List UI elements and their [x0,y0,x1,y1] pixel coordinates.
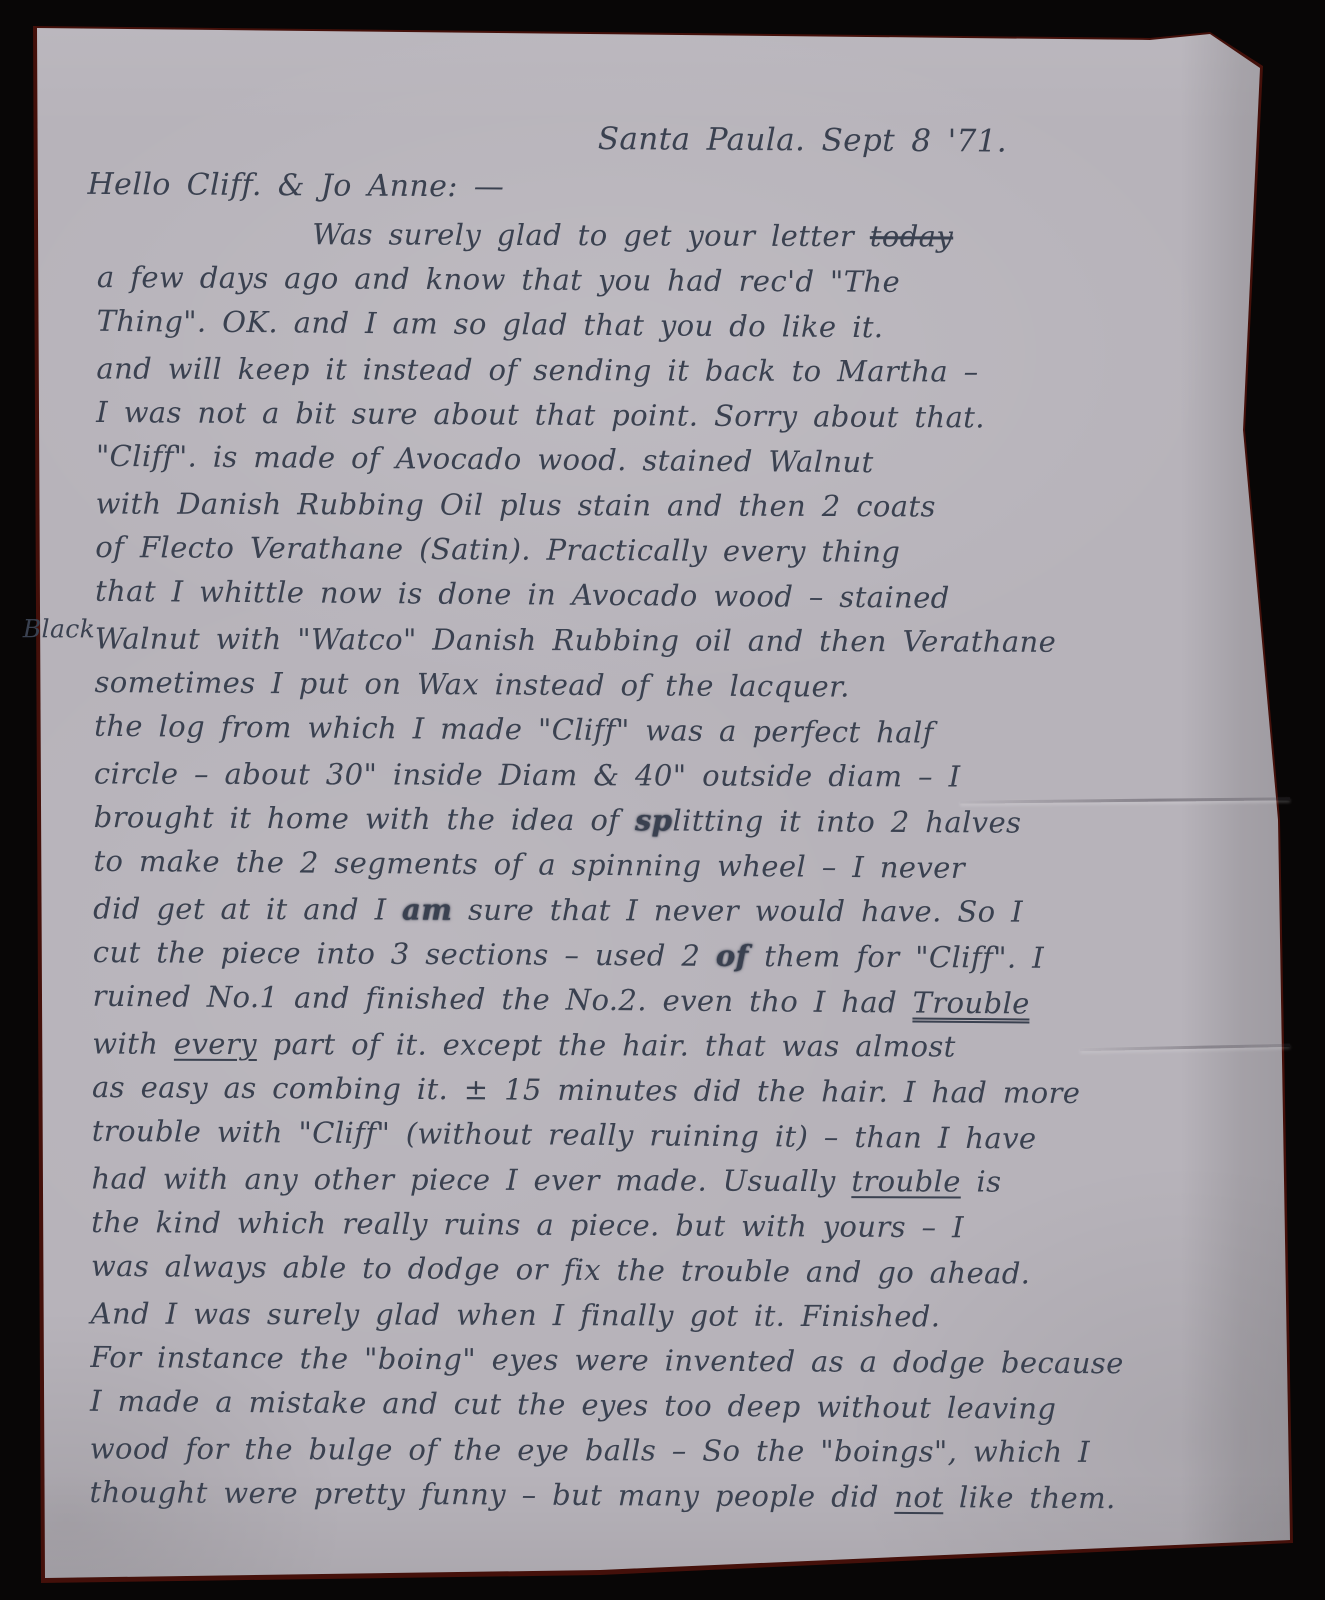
segment: a few days ago and know that you had rec… [97,260,900,299]
letter-line: did get at it and I am sure that I never… [93,886,1233,935]
letter-line: Thing". OK. and I am so glad that you do… [97,299,1237,353]
segment: wood for the bulge of the eye balls – So… [90,1431,1090,1468]
letter-line: circle – about 30" inside Diam & 40" out… [94,751,1234,800]
segment: sometimes I put on Wax instead of the la… [94,665,850,704]
letter-line: that I whittle now is done in Avocado wo… [95,569,1235,623]
letter-line: sometimes I put on Wax instead of the la… [94,660,1234,712]
segment: with [92,1026,174,1060]
letter-line: with every part of it. except the hair. … [92,1021,1232,1070]
letter-line: I made a mistake and cut the eyes too de… [90,1379,1230,1433]
segment-underline: trouble [851,1164,961,1198]
segment: of Flecto Verathane (Satin). Practically… [95,530,900,569]
letter-line: as easy as combing it. ± 15 minutes did … [92,1065,1232,1117]
segment: was always able to dodge or fix the trou… [91,1249,1031,1291]
letter-line: and will keep it instead of sending it b… [96,346,1236,395]
segment-double-underline: Trouble [912,988,1029,1024]
segment: thought were pretty funny – but many peo… [89,1475,894,1514]
segment: litting it into 2 halves [672,804,1021,840]
segment: as easy as combing it. ± 15 minutes did … [92,1070,1081,1110]
photo-background: Santa Paula. Sept 8 '71. Hello Cliff. & … [0,0,1325,1600]
segment: brought it home with the idea of [94,800,636,837]
letter-line: brought it home with the idea of splitti… [94,795,1234,847]
segment: For instance the "boing" eyes were inven… [90,1340,1124,1380]
margin-note: Black [23,606,96,651]
segment: that I whittle now is done in Avocado wo… [95,574,950,615]
letter-line: ruined No.1 and finished the No.2. even … [92,974,1232,1028]
letter-line: a few days ago and know that you had rec… [97,255,1237,307]
segment: Thing". OK. and I am so glad that you do… [97,304,884,344]
segment: Walnut with "Watco" Danish Rubbing oil a… [95,621,1057,658]
segment: them for "Cliff". I [748,939,1044,975]
segment: the kind which really ruins a piece. but… [91,1205,964,1244]
letter-line: had with any other piece I ever made. Us… [91,1156,1231,1205]
letter-line: BlackWalnut with "Watco" Danish Rubbing … [95,616,1235,665]
segment: I was not a bit sure about that point. S… [96,395,985,434]
segment-blot: of [716,939,749,973]
segment: ruined No.1 and finished the No.2. even … [92,979,912,1020]
letter-line: trouble with "Cliff" (without really rui… [92,1109,1232,1163]
letter-line: thought were pretty funny – but many peo… [89,1470,1229,1522]
segment: Was surely glad to get your letter [312,217,870,253]
letter-line: For instance the "boing" eyes were inven… [90,1335,1230,1387]
letter-line: the kind which really ruins a piece. but… [91,1200,1231,1252]
letter-line: And I was surely glad when I finally got… [91,1291,1231,1340]
segment: like them. [943,1480,1116,1515]
letter-line: was always able to dodge or fix the trou… [91,1244,1231,1298]
segment: "Cliff". is made of Avocado wood. staine… [96,439,874,479]
segment: And I was surely glad when I finally got… [91,1296,941,1333]
segment: to make the 2 segments of a spinning whe… [93,844,965,885]
segment: I made a mistake and cut the eyes too de… [90,1384,1057,1426]
letter-line: to make the 2 segments of a spinning whe… [93,839,1233,893]
segment: had with any other piece I ever made. Us… [91,1161,851,1198]
segment: and will keep it instead of sending it b… [96,351,978,388]
segment-underline: not [894,1480,943,1514]
letter-line: I was not a bit sure about that point. S… [96,390,1236,442]
segment: with Danish Rubbing Oil plus stain and t… [96,486,936,523]
salutation-line: Hello Cliff. & Jo Anne: — [87,160,1237,217]
letter-line: of Flecto Verathane (Satin). Practically… [95,525,1235,577]
letter-line: Was surely glad to get your letter today [97,211,1237,260]
segment: trouble with "Cliff" (without really rui… [92,1114,1037,1156]
segment: the log from which I made "Cliff" was a … [94,709,934,750]
segment: part of it. except the hair. that was al… [257,1027,956,1063]
segment: is [961,1165,1002,1199]
segment-blot: am [402,893,452,927]
letter-line: with Danish Rubbing Oil plus stain and t… [96,481,1236,530]
segment-strike: today [870,219,953,253]
date-line: Santa Paula. Sept 8 '71. [98,112,1238,167]
segment-blot: sp [635,803,673,837]
letter-body: Was surely glad to get your letter today… [89,210,1237,1522]
segment: circle – about 30" inside Diam & 40" out… [94,756,961,793]
letter-content: Santa Paula. Sept 8 '71. Hello Cliff. & … [89,112,1238,1522]
letter-line: cut the piece into 3 sections – used 2 o… [93,930,1233,982]
letter-line: "Cliff". is made of Avocado wood. staine… [96,434,1236,488]
segment: sure that I never would have. So I [452,893,1023,929]
segment: cut the piece into 3 sections – used 2 [93,935,716,973]
segment: did get at it and I [93,891,402,926]
letter-line: wood for the bulge of the eye balls – So… [90,1426,1230,1475]
letter-line: the log from which I made "Cliff" was a … [94,704,1234,758]
segment-underline: every [174,1027,257,1061]
